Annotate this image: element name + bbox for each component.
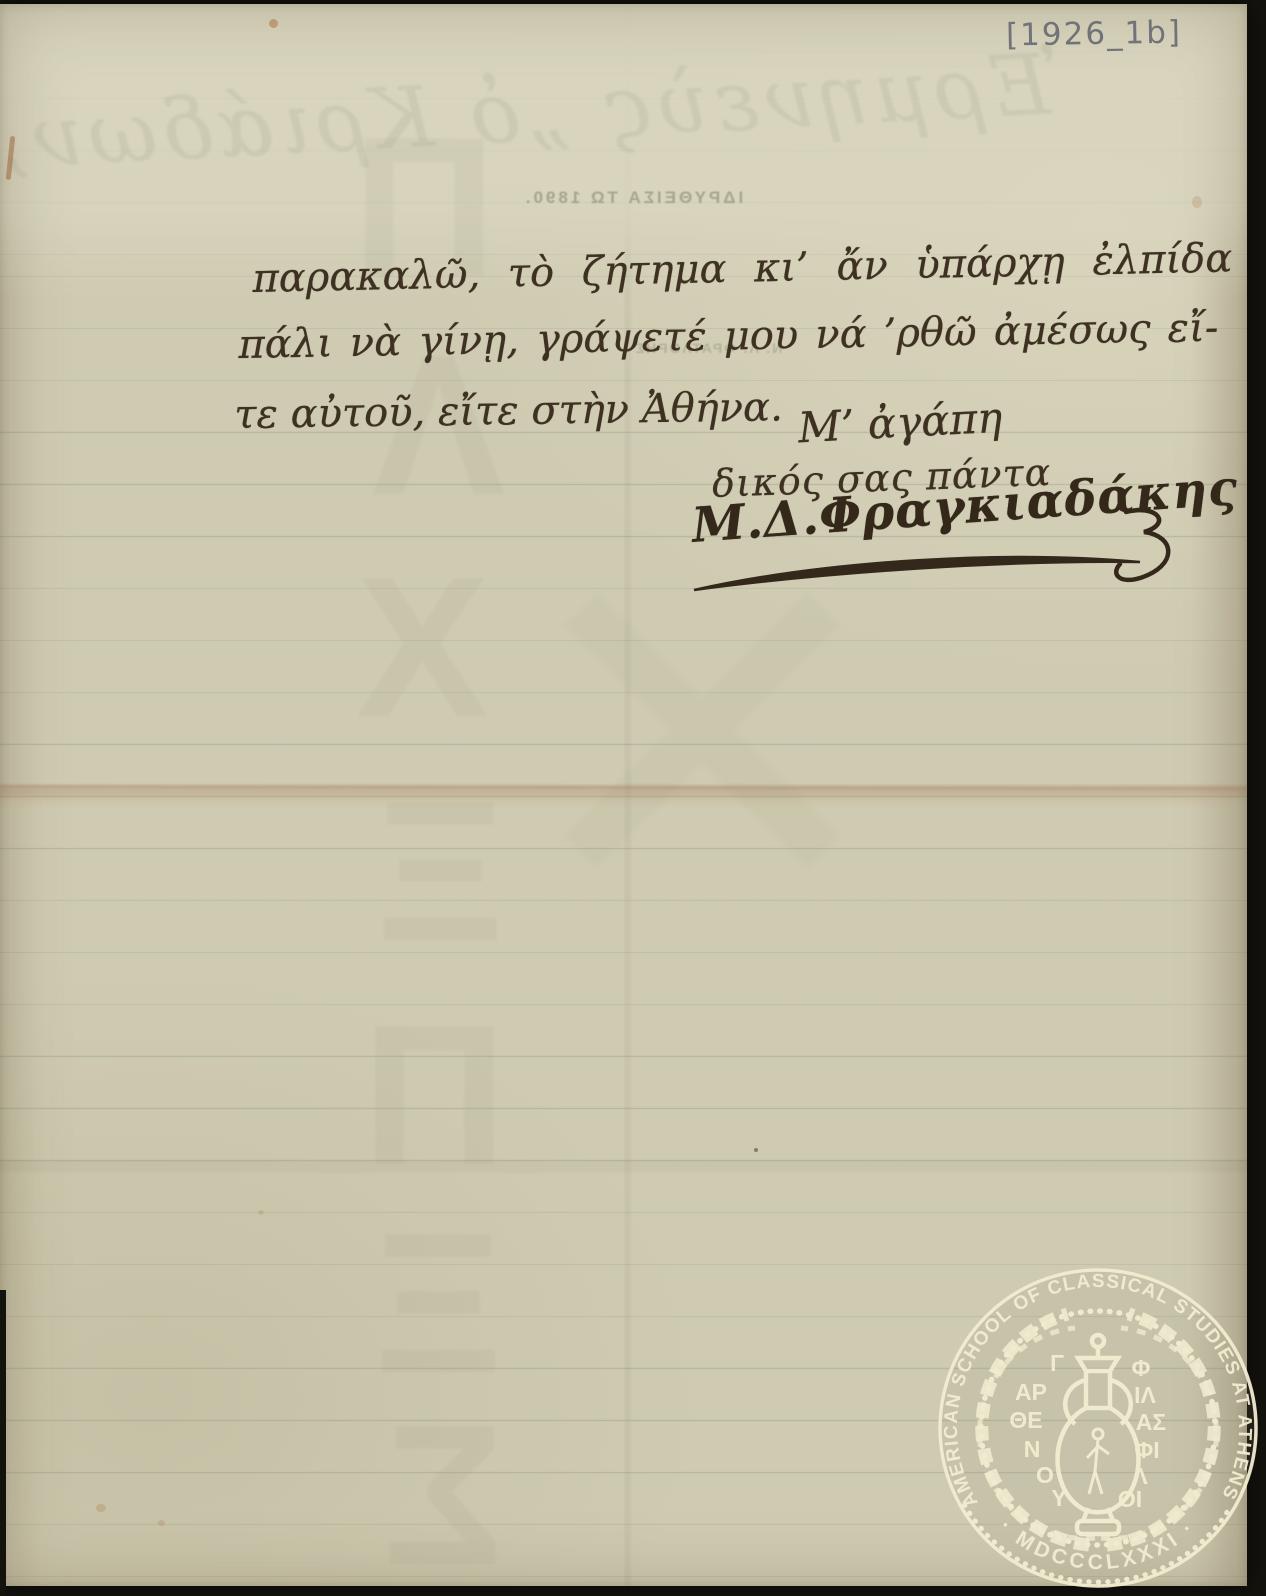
motto-letter: ΟΙ [1118,1486,1142,1512]
signature-flourish [678,500,1208,630]
ascsa-watermark-seal: AMERICAN SCHOOL OF CLASSICAL STUDIES AT … [928,1258,1266,1596]
motto-letter: Υ [1051,1485,1066,1511]
motto-letter: Φ [1132,1355,1151,1381]
motto-letter: ΑΡ [1015,1379,1047,1405]
motto-letter: Ν [1024,1436,1041,1462]
motto-letter: ΑΣ [1136,1409,1167,1435]
motto-letter: ΦΙ [1134,1437,1159,1463]
handwritten-line-3: τε αὐτοῦ, εἴτε στὴν Ἀθήνα. [234,384,783,438]
foxing-speck [258,1210,264,1215]
flourish-tail [1116,510,1168,580]
motto-letter: ΘΕ [1009,1407,1042,1433]
scan-background: Ἑρμηνεὺς „ὁ Κριάδων, ΙΔΡΥΘΕΙΣΑ ΤΩ 1890. … [0,0,1266,1596]
flourish-underline [694,557,1140,590]
foxing-speck [96,1504,106,1512]
foxing-speck [1192,196,1202,208]
foxing-speck [754,1148,758,1152]
motto-letter: ΙΛ [1134,1382,1156,1408]
foxing-speck [269,19,278,28]
scan-edge [0,1290,6,1596]
foxing-speck [158,1520,165,1526]
archival-annotation: [1926_1b] [1006,14,1183,53]
motto-letter: Γ [1050,1350,1064,1376]
